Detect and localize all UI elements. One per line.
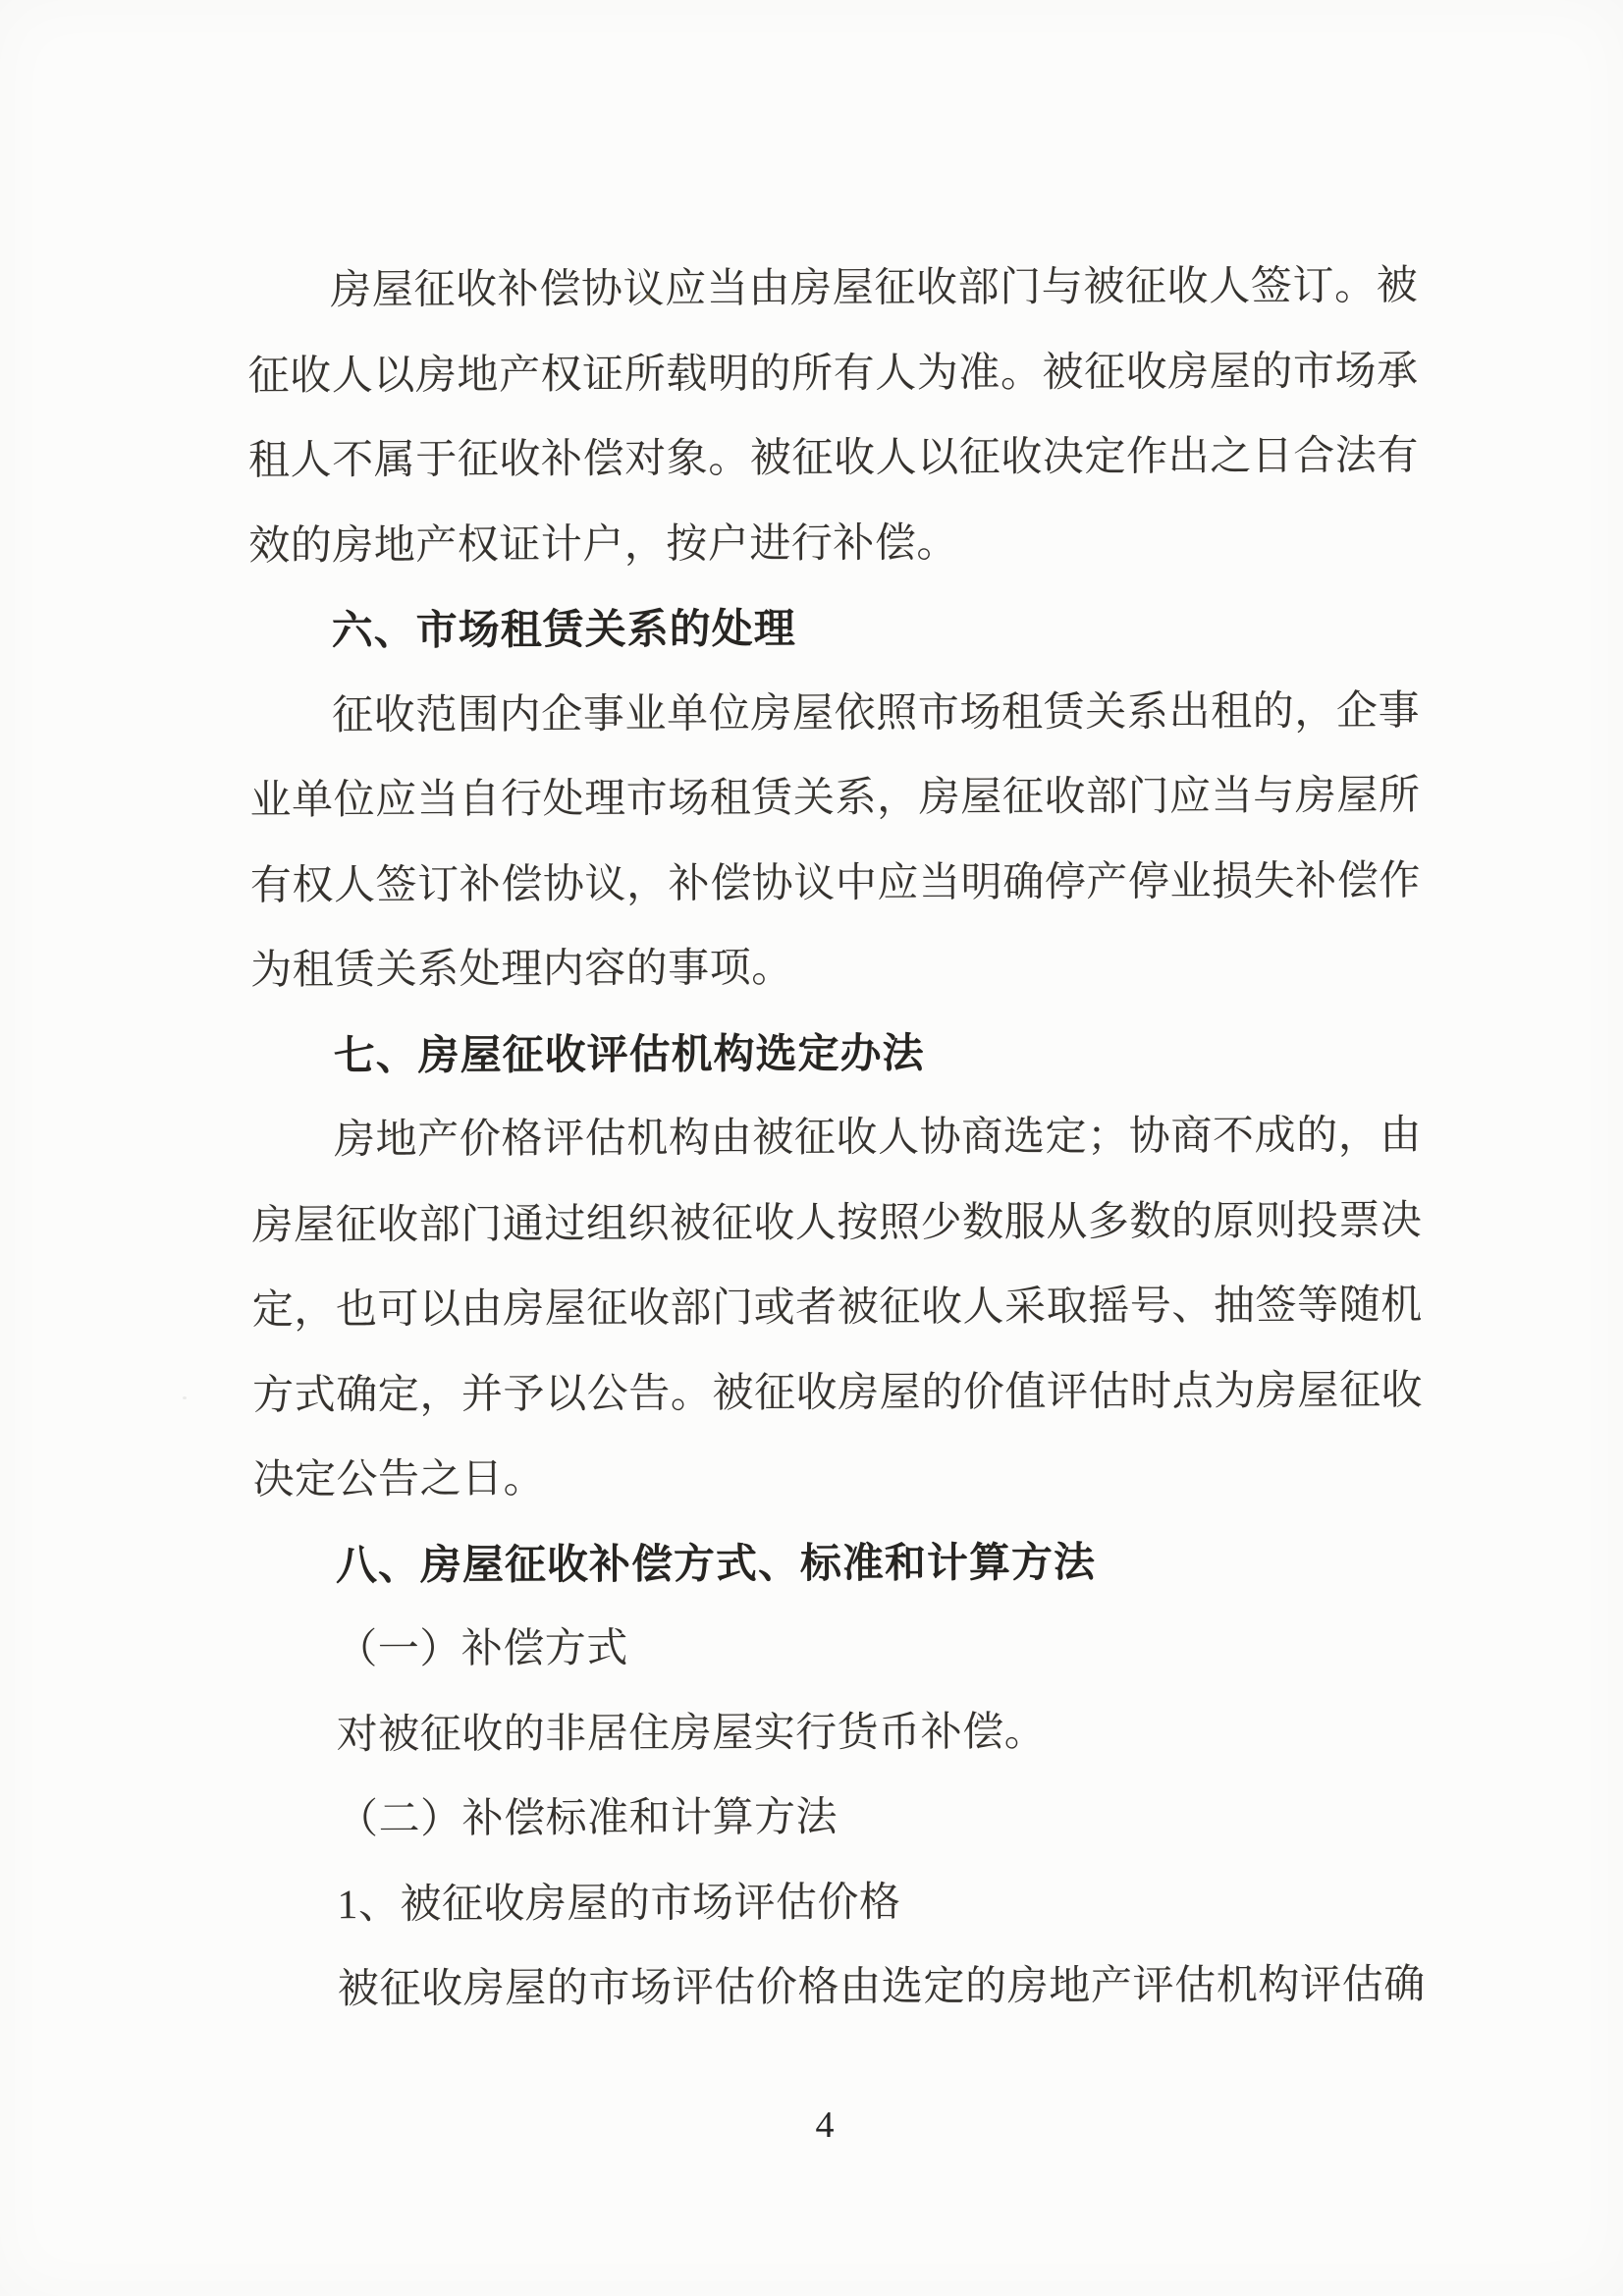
- text-line: 对被征收的非居住房屋实行货币补偿。: [253, 1688, 1424, 1778]
- text-line: （二）补偿标准和计算方法: [254, 1773, 1425, 1863]
- text-line: 决定公告之日。: [252, 1433, 1423, 1523]
- text-line: 1、被征收房屋的市场评估价格: [254, 1858, 1425, 1948]
- section-heading: 六、市场租赁关系的处理: [249, 583, 1420, 674]
- text-line: 方式确定，并予以公告。被征收房屋的价值评估时点为房屋征收: [252, 1348, 1423, 1439]
- scan-speck: [183, 1396, 187, 1399]
- page-number: 4: [776, 2104, 874, 2147]
- section-heading: 八、房屋征收补偿方式、标准和计算方法: [253, 1518, 1424, 1609]
- text-line: 效的房地产权证计户，按户进行补偿。: [248, 499, 1419, 589]
- document-text-column: 房屋征收补偿协议应当由房屋征收部门与被征收人签订。被征收人以房地产权证所载明的所…: [247, 244, 1426, 2033]
- text-line: 房屋征收部门通过组织被征收人按照少数服从多数的原则投票决: [251, 1178, 1422, 1269]
- text-line: （一）补偿方式: [253, 1603, 1424, 1693]
- text-line: 有权人签订补偿协议，补偿协议中应当明确停产停业损失补偿作: [250, 839, 1421, 929]
- text-line: 租人不属于征收补偿对象。被征收人以征收决定作出之日合法有: [248, 413, 1419, 504]
- text-line: 房屋征收补偿协议应当由房屋征收部门与被征收人签订。被: [247, 244, 1418, 334]
- text-line: 征收人以房地产权证所载明的所有人为准。被征收房屋的市场承: [247, 329, 1418, 419]
- text-line: 征收范围内企事业单位房屋依照市场租赁关系出租的，企事: [249, 669, 1420, 759]
- scanned-document-page: 房屋征收补偿协议应当由房屋征收部门与被征收人签订。被征收人以房地产权证所载明的所…: [0, 0, 1623, 2296]
- text-line: 业单位应当自行处理市场租赁关系，房屋征收部门应当与房屋所: [249, 753, 1420, 844]
- scan-speck: [646, 295, 651, 299]
- text-line: 房地产价格评估机构由被征收人协商选定；协商不成的，由: [251, 1093, 1422, 1183]
- text-line: 为租赁关系处理内容的事项。: [250, 923, 1421, 1013]
- text-line: 被征收房屋的市场评估价格由选定的房地产评估机构评估确: [255, 1942, 1426, 2033]
- text-line: 定，也可以由房屋征收部门或者被征收人采取摇号、抽签等随机: [252, 1263, 1423, 1353]
- section-heading: 七、房屋征收评估机构选定办法: [250, 1009, 1421, 1099]
